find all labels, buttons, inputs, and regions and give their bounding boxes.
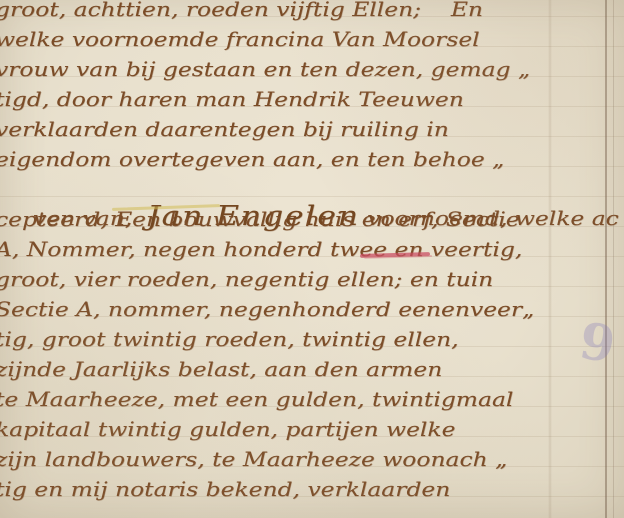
manuscript-line: tigd, door haren man Hendrik Teeuwen — [0, 84, 396, 114]
manuscript-line: Sectie A, nommer, negenhonderd eenenveer… — [0, 294, 456, 324]
manuscript-line: A, Nommer, negen honderd twee en veertig… — [0, 234, 446, 264]
manuscript-line: zijn landbouwers, te Maarheeze woonach „ — [0, 444, 433, 474]
line-text: Sectie A, nommer, negenhonderd eenenveer… — [0, 294, 534, 324]
line-text: te Maarheeze, met een gulden, twintigmaa… — [0, 384, 513, 414]
line-text: zijn landbouwers, te Maarheeze woonach „ — [0, 444, 507, 474]
manuscript-text: groot, achttien, roeden vijftig Ellen; E… — [0, 0, 624, 518]
manuscript-line: groot, achttien, roeden vijftig Ellen; E… — [0, 0, 412, 24]
manuscript-line: cepteerd, Een bouwvallig huis en erf, Se… — [0, 204, 443, 234]
fold-crease — [548, 0, 552, 518]
margin-rule-line — [605, 0, 607, 518]
manuscript-line: eigendom overtegeven aan, en ten behoe „ — [0, 144, 430, 174]
manuscript-line: verklaarden daarentegen bij ruiling in — [0, 114, 383, 144]
line-text: A, Nommer, negen honderd twee en veertig… — [0, 234, 522, 264]
manuscript-line: kapitaal twintig gulden, partijen welke — [0, 414, 389, 444]
manuscript-page: groot, achttien, roeden vijftig Ellen; E… — [0, 0, 624, 518]
line-text: tigd, door haren man Hendrik Teeuwen — [0, 84, 464, 114]
manuscript-line: tig en mij notaris bekend, verklaarden — [0, 474, 384, 504]
line-text: zijnde Jaarlijks belast, aan den armen — [0, 354, 442, 384]
margin-rule-line-2 — [613, 0, 614, 518]
line-text: verklaarden daarentegen bij ruiling in — [0, 114, 449, 144]
line-text: groot, achttien, roeden vijftig Ellen; E… — [0, 0, 483, 24]
manuscript-line: tig, groot twintig roeden, twintig ellen… — [0, 324, 391, 354]
manuscript-line: groot, vier roeden, negentig ellen; en t… — [0, 264, 421, 294]
line-text: groot, vier roeden, negentig ellen; en t… — [0, 264, 493, 294]
manuscript-line: zijnde Jaarlijks belast, aan den armen — [0, 354, 377, 384]
manuscript-line: welke voornoemde francina Van Moorsel — [0, 24, 409, 54]
line-text: kapitaal twintig gulden, partijen welke — [0, 414, 455, 444]
line-text: tig en mij notaris bekend, verklaarden — [0, 474, 450, 504]
manuscript-line: ven van, Jan Engelen voornoemd, welke ac… — [0, 172, 551, 202]
manuscript-line: te Maarheeze, met een gulden, twintigmaa… — [0, 384, 438, 414]
line-text: vrouw van bij gestaan en ten dezen, gema… — [0, 54, 530, 84]
manuscript-line: vrouw van bij gestaan en ten dezen, gema… — [0, 54, 452, 84]
line-text: welke voornoemde francina Van Moorsel — [0, 24, 480, 54]
line-text: cepteerd, Een bouwvallig huis en erf, Se… — [0, 204, 520, 234]
line-text: eigendom overtegeven aan, en ten behoe „ — [0, 144, 504, 174]
line-text: tig, groot twintig roeden, twintig ellen… — [0, 324, 459, 354]
